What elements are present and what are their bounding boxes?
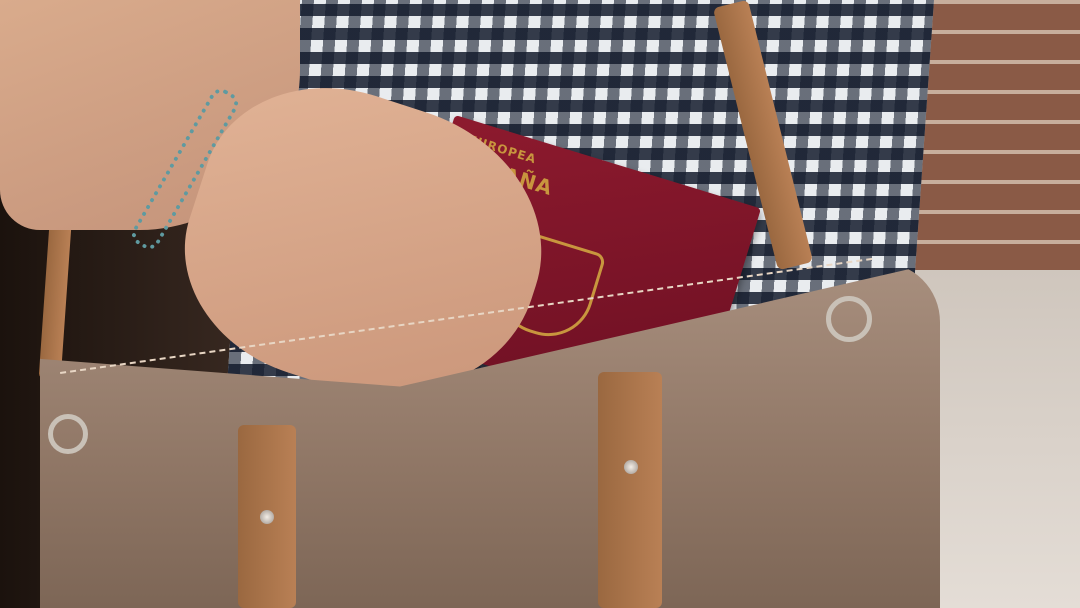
metal-ring-right	[826, 296, 872, 342]
handle-tab-right	[598, 372, 662, 608]
rivet	[260, 510, 274, 524]
rivet	[624, 460, 638, 474]
photo-scene: EUROPEA ESPAÑA PASAPORTE	[0, 0, 1080, 608]
metal-ring-left	[48, 414, 88, 454]
